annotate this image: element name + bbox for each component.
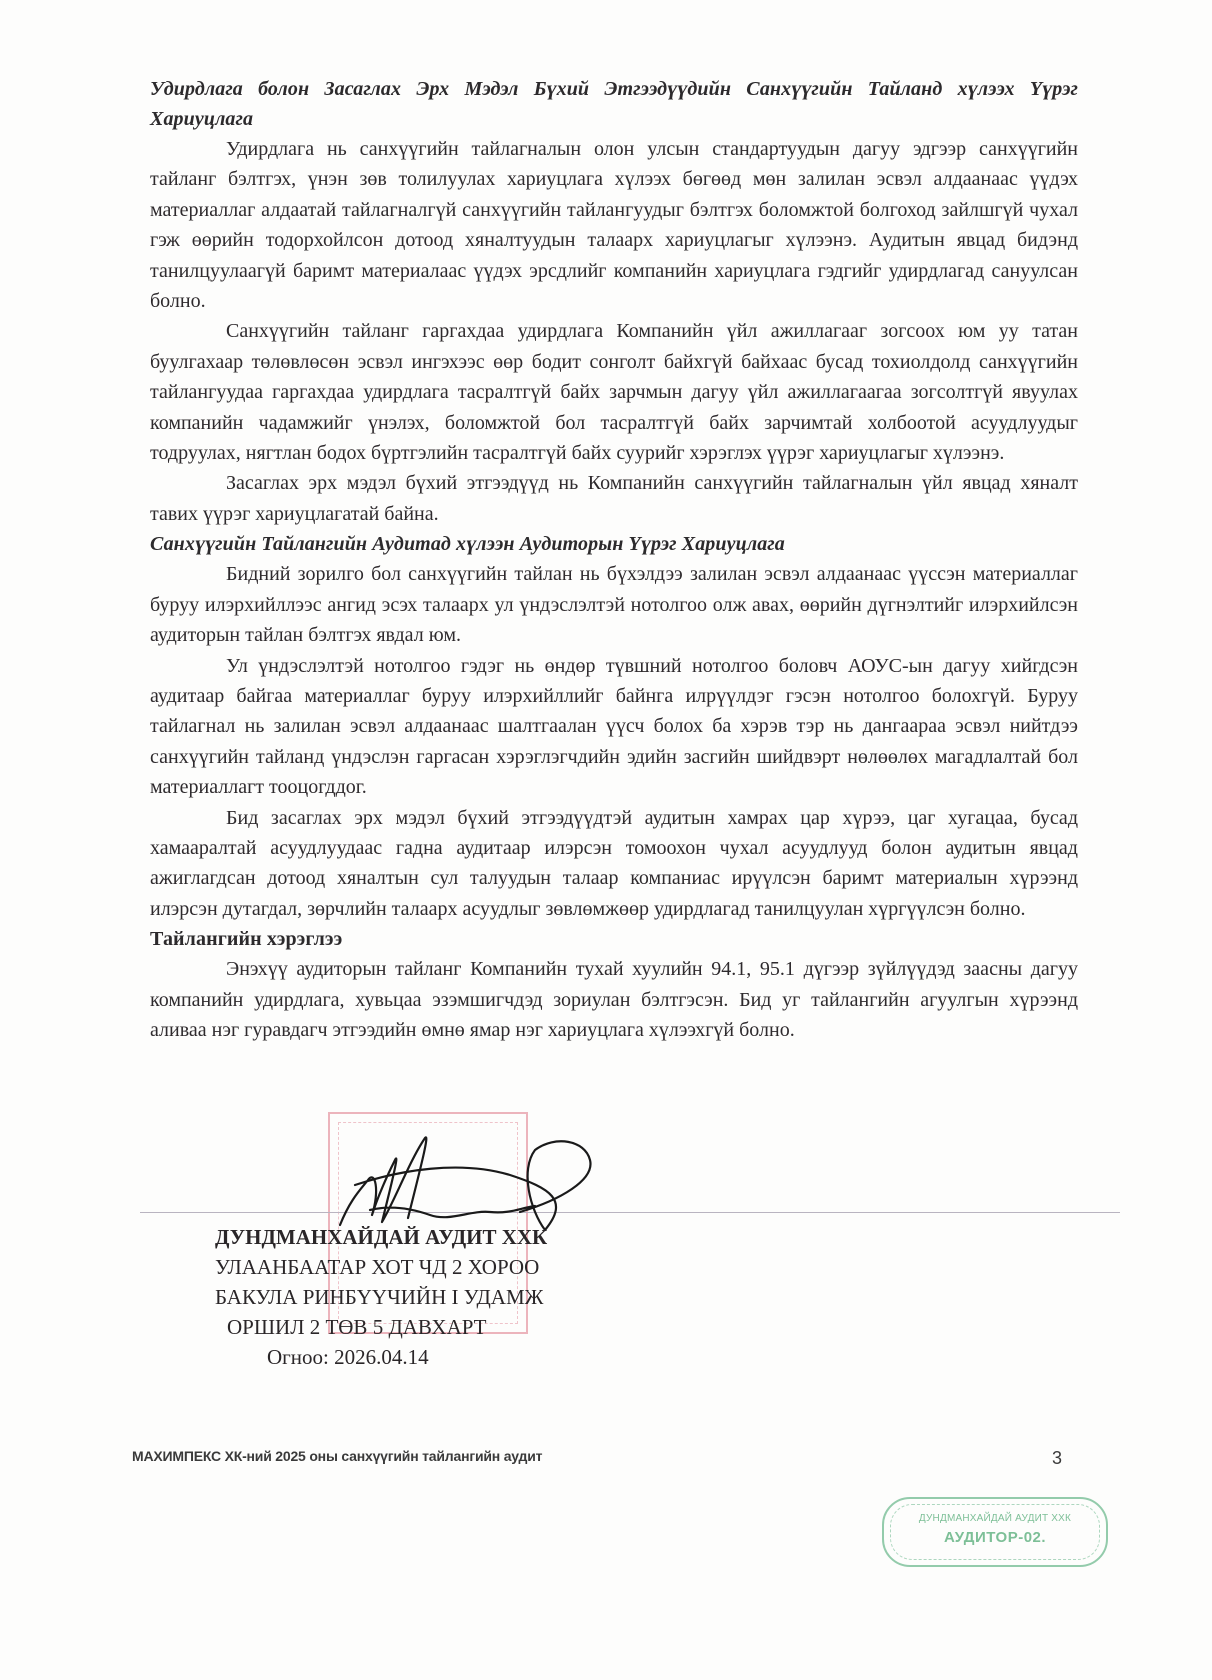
page-footer: МАХИМПЕКС ХК-ний 2025 оны санхүүгийн тай…: [132, 1448, 1062, 1472]
address-line: ОРШИЛ 2 ТӨВ 5 ДАВХАРТ: [227, 1312, 547, 1342]
paragraph: Бидний зорилго бол санхүүгийн тайлан нь …: [150, 559, 1078, 650]
report-date: Огноо: 2026.04.14: [267, 1342, 547, 1372]
auditor-stamp: ДУНДМАНХАЙДАЙ АУДИТ ХХК АУДИТОР-02.: [882, 1497, 1108, 1567]
document-body: Удирдлага болон Засаглах Эрх Мэдэл Бүхий…: [150, 74, 1078, 1045]
stamp-auditor-id: АУДИТОР-02.: [884, 1529, 1106, 1546]
section-heading-report-usage: Тайлангийн хэрэглээ: [150, 924, 1078, 954]
footer-title: МАХИМПЕКС ХК-ний 2025 оны санхүүгийн тай…: [132, 1448, 542, 1464]
section-heading-auditor-responsibility: Санхүүгийн Тайлангийн Аудитад хүлээн Ауд…: [150, 529, 1078, 559]
address-line: БАКУЛА РИНБҮҮЧИЙН I УДАМЖ: [215, 1282, 547, 1312]
address-line: УЛААНБААТАР ХОТ ЧД 2 ХОРОО: [215, 1252, 547, 1282]
signature-line: [140, 1212, 1120, 1213]
document-page: Удирдлага болон Засаглах Эрх Мэдэл Бүхий…: [0, 0, 1212, 1680]
company-address: ДУНДМАНХАЙДАЙ АУДИТ ХХК УЛААНБААТАР ХОТ …: [215, 1222, 547, 1372]
page-number: 3: [1052, 1448, 1062, 1469]
paragraph: Бид засаглах эрх мэдэл бүхий этгээдүүдтэ…: [150, 803, 1078, 925]
signature-block: ДУНДМАНХАЙДАЙ АУДИТ ХХК УЛААНБААТАР ХОТ …: [140, 1190, 1120, 1390]
paragraph: Санхүүгийн тайланг гаргахдаа удирдлага К…: [150, 316, 1078, 468]
stamp-company-text: ДУНДМАНХАЙДАЙ АУДИТ ХХК: [884, 1513, 1106, 1524]
company-name: ДУНДМАНХАЙДАЙ АУДИТ ХХК: [215, 1222, 547, 1252]
paragraph: Засаглах эрх мэдэл бүхий этгээдүүд нь Ко…: [150, 468, 1078, 529]
paragraph: Удирдлага нь санхүүгийн тайлагналын олон…: [150, 134, 1078, 316]
section-heading-management-responsibility: Удирдлага болон Засаглах Эрх Мэдэл Бүхий…: [150, 74, 1078, 134]
paragraph: Ул үндэслэлтэй нотолгоо гэдэг нь өндөр т…: [150, 651, 1078, 803]
paragraph: Энэхүү аудиторын тайланг Компанийн тухай…: [150, 954, 1078, 1045]
